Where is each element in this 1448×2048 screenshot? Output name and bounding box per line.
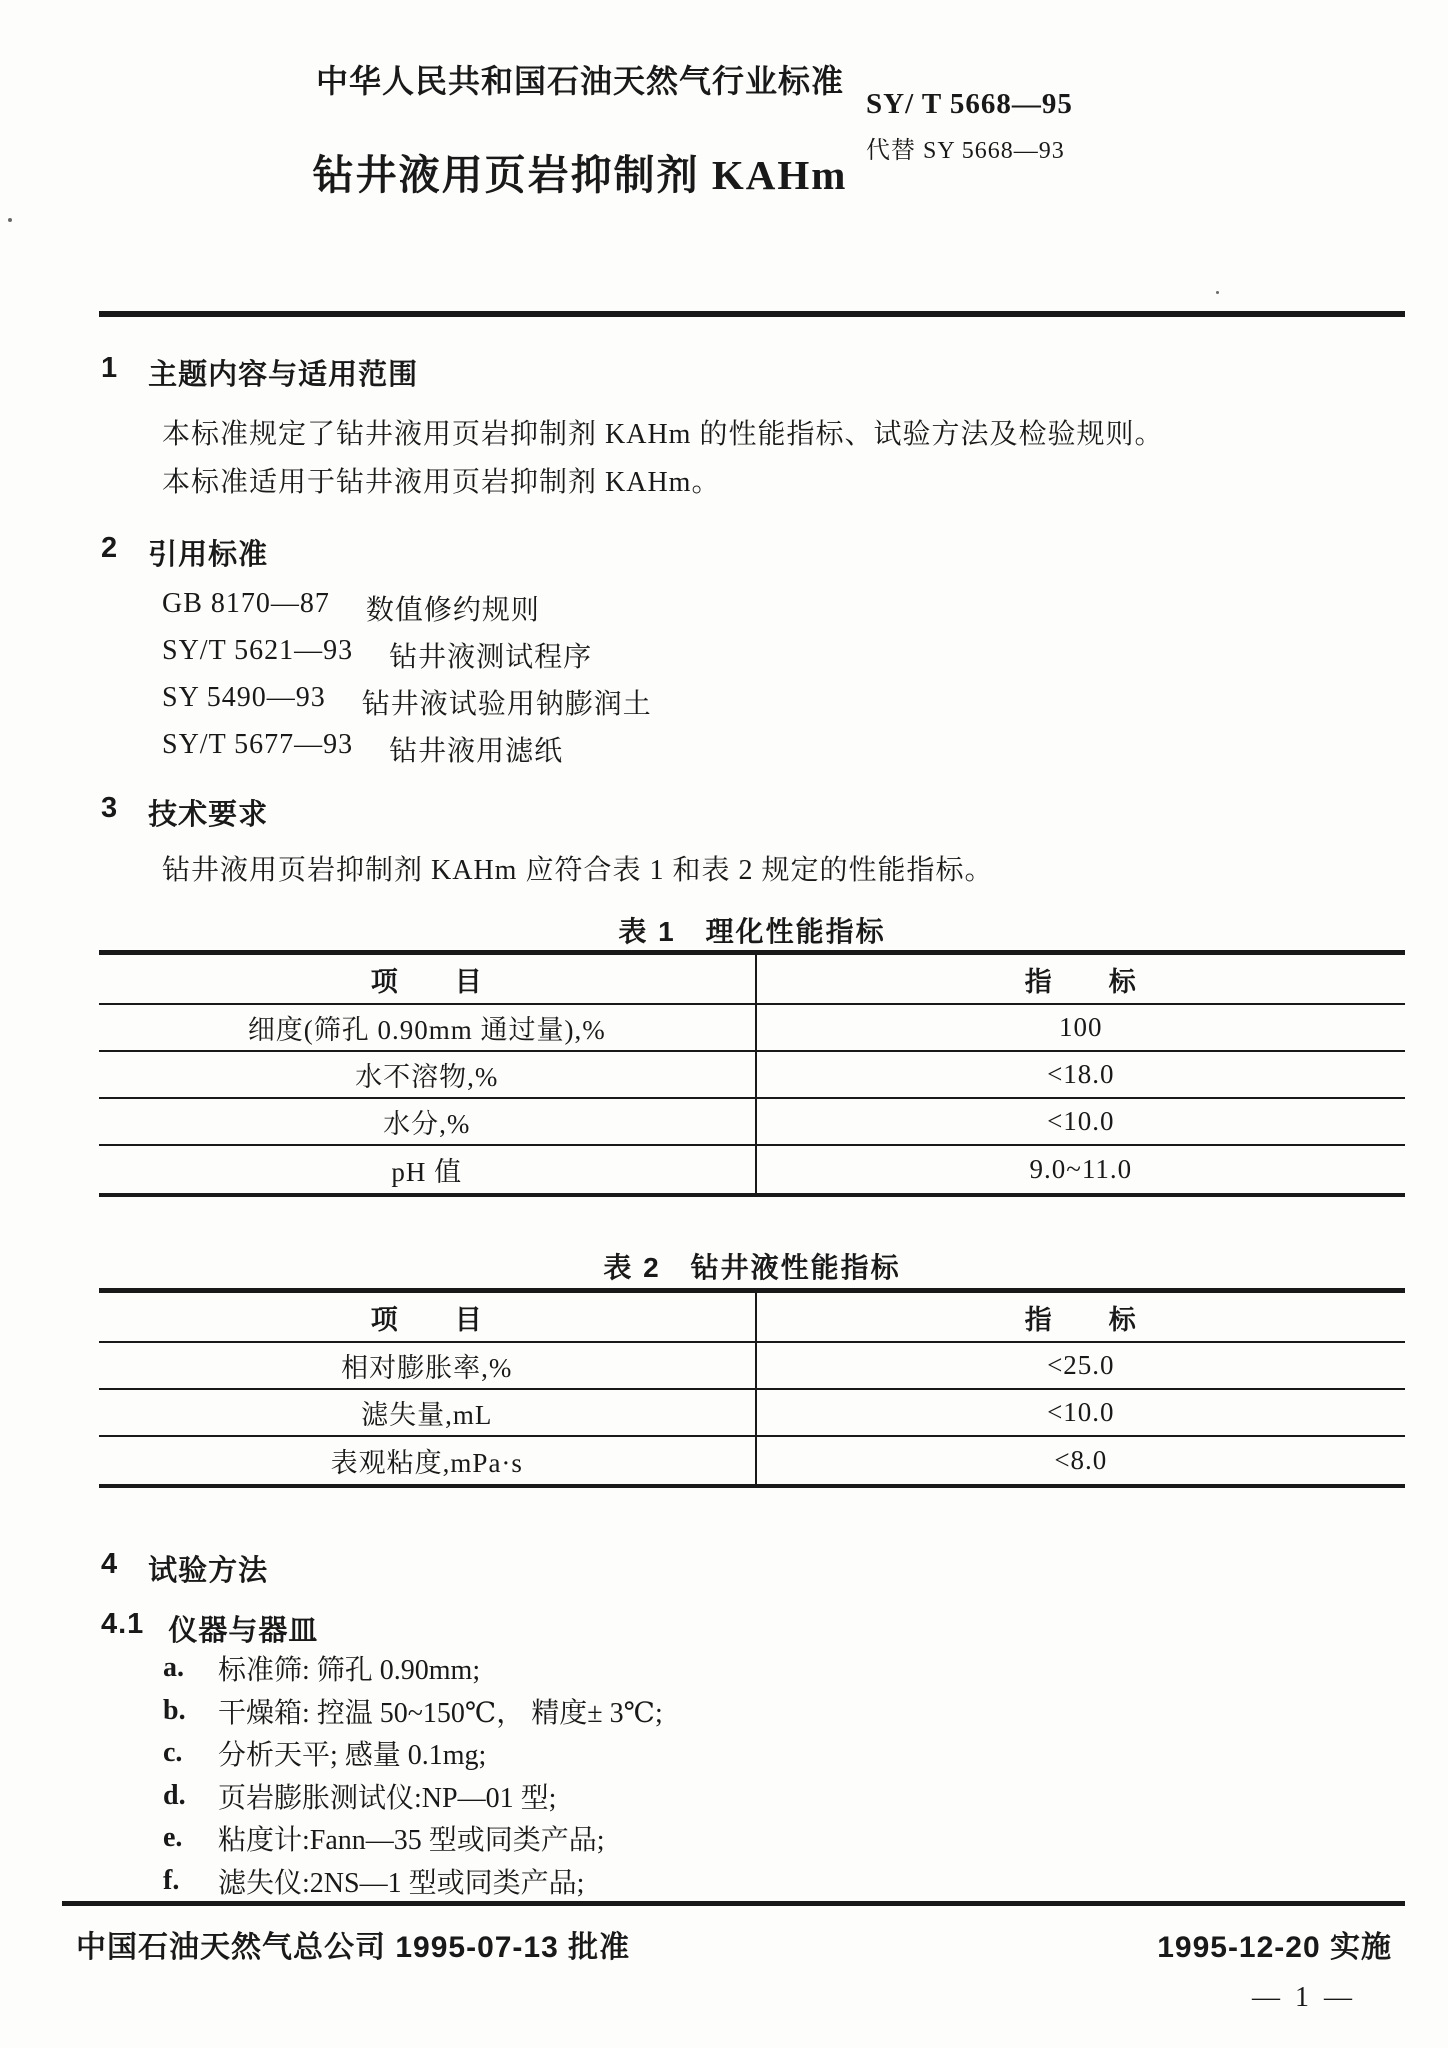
footer-divider-rule (62, 1901, 1405, 1906)
cell-value: <25.0 (755, 1343, 1405, 1388)
reference-code: SY/T 5621—93 (162, 635, 353, 667)
column-header-item: 项 目 (99, 1293, 755, 1341)
item-text: 页岩膨胀测试仪:NP—01 型; (218, 1776, 556, 1816)
section-title: 引用标准 (148, 532, 268, 573)
item-text: 滤失仪:2NS—1 型或同类产品; (218, 1861, 584, 1901)
cell-value: <8.0 (755, 1437, 1405, 1484)
cell-item: 细度(筛孔 0.90mm 通过量),% (99, 1005, 755, 1050)
section-number: 2 (101, 532, 118, 573)
list-item: b. 干燥箱: 控温 50~150℃， 精度± 3℃; (163, 1690, 663, 1733)
table-2-caption: 表 2 钻井液性能指标 (99, 1246, 1405, 1286)
item-letter: f. (163, 1865, 218, 1897)
table-2: 项 目 指 标 相对膨胀率,% <25.0 滤失量,mL <10.0 表观粘度,… (99, 1288, 1405, 1488)
section-heading-references: 2 引用标准 (101, 532, 268, 573)
section-number: 1 (101, 352, 118, 393)
reference-name: 钻井液测试程序 (389, 635, 592, 675)
column-header-value: 指 标 (755, 1293, 1405, 1341)
section-title: 技术要求 (148, 792, 268, 833)
section-title: 主题内容与适用范围 (148, 352, 418, 393)
list-item: c. 分析天平; 感量 0.1mg; (163, 1732, 663, 1775)
reference-item: SY 5490—93 钻井液试验用钠膨润土 (162, 682, 652, 729)
item-text: 粘度计:Fann—35 型或同类产品; (218, 1818, 605, 1858)
list-item: e. 粘度计:Fann—35 型或同类产品; (163, 1817, 663, 1860)
table-row: 滤失量,mL <10.0 (99, 1390, 1405, 1437)
item-letter: d. (163, 1780, 218, 1812)
section-heading-apparatus: 4.1 仪器与器皿 (101, 1608, 318, 1649)
effective-date-note: 1995-12-20 实施 (1157, 1922, 1392, 1966)
table-row: pH 值 9.0~11.0 (99, 1146, 1405, 1193)
reference-code: SY/T 5677—93 (162, 729, 353, 761)
table-header-row: 项 目 指 标 (99, 955, 1405, 1005)
item-text: 标准筛: 筛孔 0.90mm; (218, 1648, 480, 1688)
cell-item: 相对膨胀率,% (99, 1343, 755, 1388)
cell-item: pH 值 (99, 1146, 755, 1193)
reference-code: GB 8170—87 (162, 588, 330, 620)
table-1: 项 目 指 标 细度(筛孔 0.90mm 通过量),% 100 水不溶物,% <… (99, 950, 1405, 1197)
cell-item: 表观粘度,mPa·s (99, 1437, 755, 1484)
item-letter: e. (163, 1822, 218, 1854)
section-heading-test-methods: 4 试验方法 (101, 1548, 268, 1589)
list-item: a. 标准筛: 筛孔 0.90mm; (163, 1647, 663, 1690)
section-number: 4 (101, 1548, 118, 1589)
table-1-caption: 表 1 理化性能指标 (99, 910, 1405, 950)
table-header-row: 项 目 指 标 (99, 1293, 1405, 1343)
references-list: GB 8170—87 数值修约规则 SY/T 5621—93 钻井液测试程序 S… (162, 588, 652, 776)
item-text: 分析天平; 感量 0.1mg; (218, 1733, 486, 1773)
column-header-item: 项 目 (99, 955, 755, 1003)
cell-value: 100 (755, 1005, 1405, 1050)
cell-value: <10.0 (755, 1099, 1405, 1144)
item-text: 干燥箱: 控温 50~150℃， 精度± 3℃; (218, 1691, 663, 1731)
scan-speck (1216, 291, 1219, 294)
standard-number: SY/ T 5668—95 (866, 88, 1073, 121)
document-page: 中华人民共和国石油天然气行业标准 SY/ T 5668—95 代替 SY 566… (0, 0, 1448, 2048)
item-letter: c. (163, 1737, 218, 1769)
header-divider-rule (99, 311, 1405, 317)
reference-name: 数值修约规则 (366, 588, 540, 628)
requirements-paragraph: 钻井液用页岩抑制剂 KAHm 应符合表 1 和表 2 规定的性能指标。 (162, 848, 993, 888)
apparatus-list: a. 标准筛: 筛孔 0.90mm; b. 干燥箱: 控温 50~150℃， 精… (163, 1647, 663, 1902)
cell-item: 水分,% (99, 1099, 755, 1144)
table-row: 细度(筛孔 0.90mm 通过量),% 100 (99, 1005, 1405, 1052)
section-title: 试验方法 (148, 1548, 268, 1589)
cell-item: 水不溶物,% (99, 1052, 755, 1097)
cell-value: <18.0 (755, 1052, 1405, 1097)
reference-code: SY 5490—93 (162, 682, 326, 714)
reference-item: GB 8170—87 数值修约规则 (162, 588, 652, 635)
scan-speck (8, 218, 12, 222)
table-row: 表观粘度,mPa·s <8.0 (99, 1437, 1405, 1484)
cell-value: 9.0~11.0 (755, 1146, 1405, 1193)
table-row: 水不溶物,% <18.0 (99, 1052, 1405, 1099)
section-heading-requirements: 3 技术要求 (101, 792, 268, 833)
page-number: — 1 — (1252, 1982, 1356, 2014)
item-letter: b. (163, 1695, 218, 1727)
reference-item: SY/T 5677—93 钻井液用滤纸 (162, 729, 652, 776)
scope-paragraph-1: 本标准规定了钻井液用页岩抑制剂 KAHm 的性能指标、试验方法及检验规则。 (162, 412, 1163, 452)
reference-name: 钻井液试验用钠膨润土 (362, 682, 652, 722)
section-title: 仪器与器皿 (168, 1608, 318, 1649)
list-item: d. 页岩膨胀测试仪:NP—01 型; (163, 1775, 663, 1818)
section-heading-scope: 1 主题内容与适用范围 (101, 352, 418, 393)
table-row: 相对膨胀率,% <25.0 (99, 1343, 1405, 1390)
scope-paragraph-2: 本标准适用于钻井液用页岩抑制剂 KAHm。 (162, 460, 720, 500)
section-number: 3 (101, 792, 118, 833)
document-title: 钻井液用页岩抑制剂 KAHm (0, 142, 1160, 201)
section-number: 4.1 (101, 1608, 144, 1649)
item-letter: a. (163, 1652, 218, 1684)
reference-name: 钻井液用滤纸 (389, 729, 563, 769)
table-row: 水分,% <10.0 (99, 1099, 1405, 1146)
approval-note: 中国石油天然气总公司 1995-07-13 批准 (76, 1922, 630, 1966)
list-item: f. 滤失仪:2NS—1 型或同类产品; (163, 1860, 663, 1903)
cell-item: 滤失量,mL (99, 1390, 755, 1435)
cell-value: <10.0 (755, 1390, 1405, 1435)
column-header-value: 指 标 (755, 955, 1405, 1003)
reference-item: SY/T 5621—93 钻井液测试程序 (162, 635, 652, 682)
